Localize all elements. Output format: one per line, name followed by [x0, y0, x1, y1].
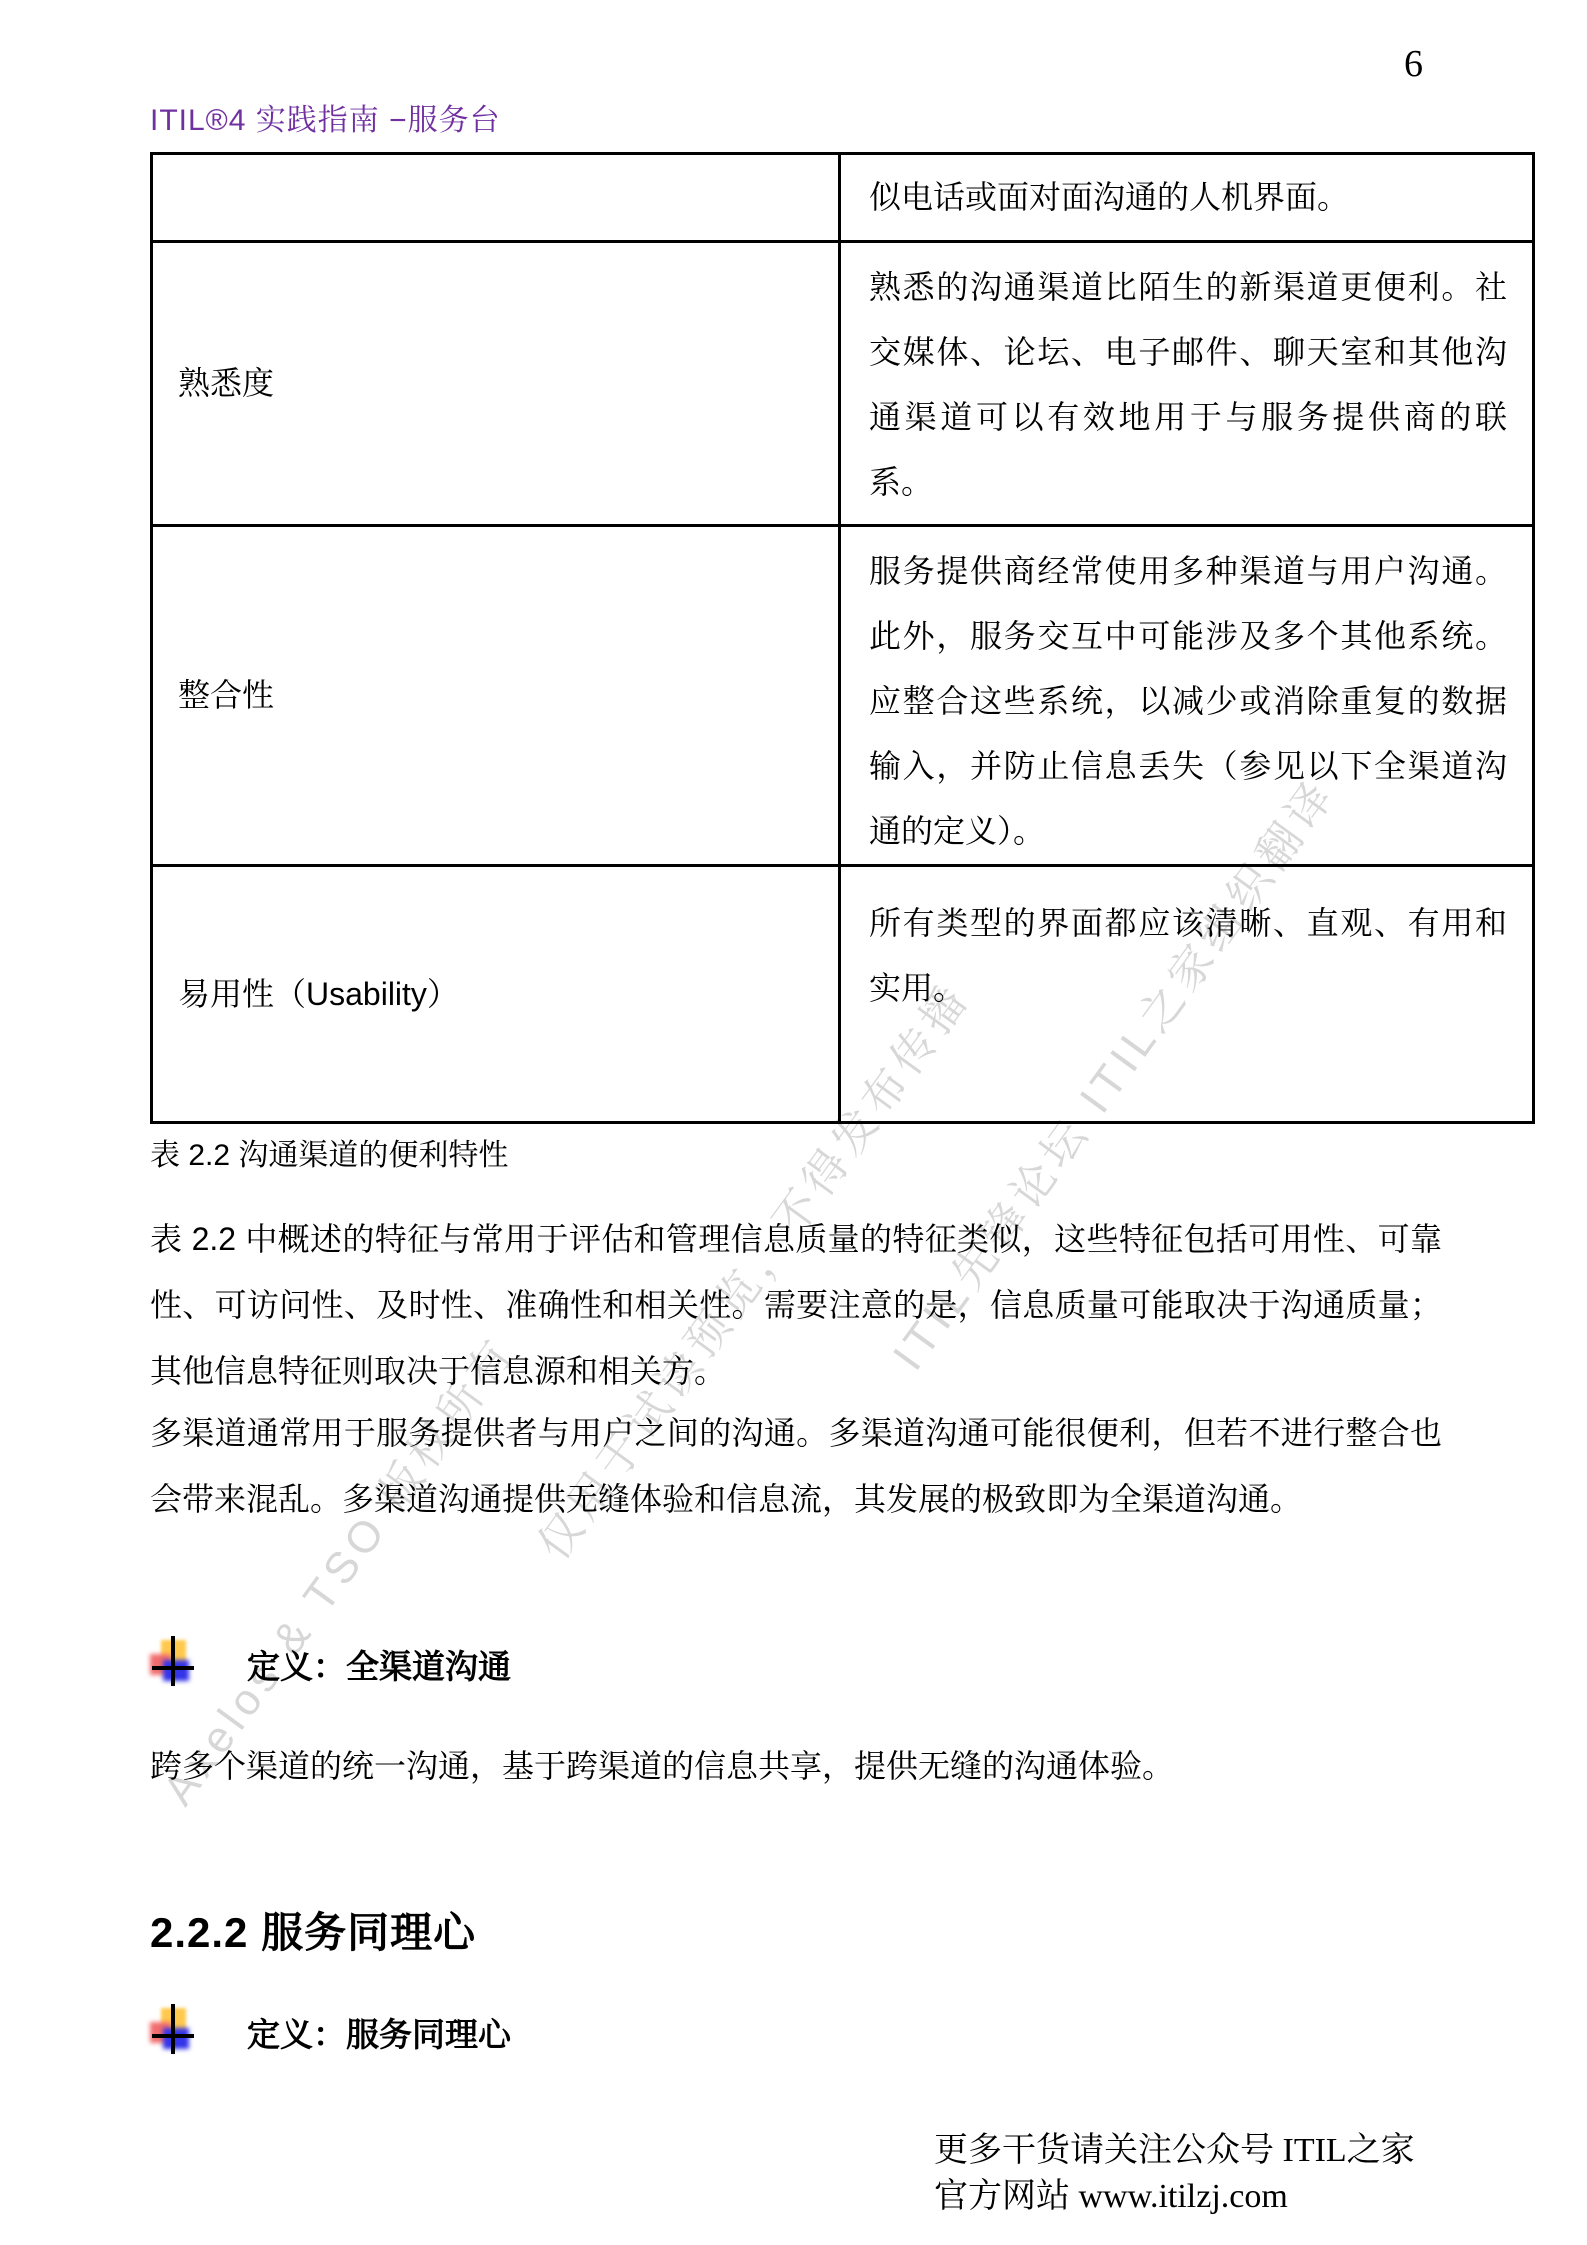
- definition-body-omnichannel: 跨多个渠道的统一沟通，基于跨渠道的信息共享，提供无缝的沟通体验。: [150, 1733, 1442, 1799]
- table-row: 易用性（Usability） 所有类型的界面都应该清晰、直观、有用和实用。: [152, 866, 1534, 1123]
- page-footer: 更多干货请关注公众号 ITIL之家 官方网站 www.itilzj.com: [934, 2128, 1415, 2220]
- definition-block-service-empathy: 定义：服务同理心: [150, 2006, 511, 2058]
- definition-title: 定义：服务同理心: [247, 2009, 511, 2056]
- section-heading: 2.2.2 服务同理心: [150, 1900, 476, 1960]
- definition-marker-icon: [150, 1639, 194, 1689]
- icon-cross-horizontal: [152, 2034, 194, 2038]
- convenience-characteristics-table: 似电话或面对面沟通的人机界面。 熟悉度 熟悉的沟通渠道比陌生的新渠道更便利。社交…: [150, 152, 1535, 1124]
- footer-line-wechat: 更多干货请关注公众号 ITIL之家: [934, 2128, 1415, 2174]
- footer-line-website: 官方网站 www.itilzj.com: [934, 2174, 1415, 2220]
- icon-blue-square: [163, 2028, 189, 2049]
- description-cell: 所有类型的界面都应该清晰、直观、有用和实用。: [840, 866, 1534, 1123]
- paragraph-info-quality: 表 2.2 中概述的特征与常用于评估和管理信息质量的特征类似，这些特征包括可用性…: [150, 1206, 1442, 1404]
- table-row: 熟悉度 熟悉的沟通渠道比陌生的新渠道更便利。社交媒体、论坛、电子邮件、聊天室和其…: [152, 242, 1534, 526]
- icon-cross-horizontal: [152, 1666, 194, 1670]
- definition-block-omnichannel: 定义：全渠道沟通: [150, 1638, 511, 1690]
- description-cell: 服务提供商经常使用多种渠道与用户沟通。此外，服务交互中可能涉及多个其他系统。应整…: [840, 526, 1534, 866]
- term-cell: 易用性（Usability）: [152, 866, 840, 1123]
- description-cell: 似电话或面对面沟通的人机界面。: [840, 154, 1534, 242]
- icon-cross-vertical: [171, 1636, 175, 1686]
- icon-blue-square: [163, 1660, 189, 1681]
- table-row: 似电话或面对面沟通的人机界面。: [152, 154, 1534, 242]
- definition-title: 定义：全渠道沟通: [247, 1641, 511, 1688]
- page-number: 6: [1404, 42, 1423, 86]
- table-caption: 表 2.2 沟通渠道的便利特性: [150, 1130, 508, 1174]
- paragraph-multichannel: 多渠道通常用于服务提供者与用户之间的沟通。多渠道沟通可能很便利，但若不进行整合也…: [150, 1400, 1442, 1532]
- term-cell: [152, 154, 840, 242]
- definition-marker-icon: [150, 2007, 194, 2057]
- icon-cross-vertical: [171, 2004, 175, 2054]
- document-header-title: ITIL®4 实践指南 −服务台: [150, 95, 501, 139]
- term-cell: 整合性: [152, 526, 840, 866]
- table-row: 整合性 服务提供商经常使用多种渠道与用户沟通。此外，服务交互中可能涉及多个其他系…: [152, 526, 1534, 866]
- term-cell: 熟悉度: [152, 242, 840, 526]
- description-cell: 熟悉的沟通渠道比陌生的新渠道更便利。社交媒体、论坛、电子邮件、聊天室和其他沟通渠…: [840, 242, 1534, 526]
